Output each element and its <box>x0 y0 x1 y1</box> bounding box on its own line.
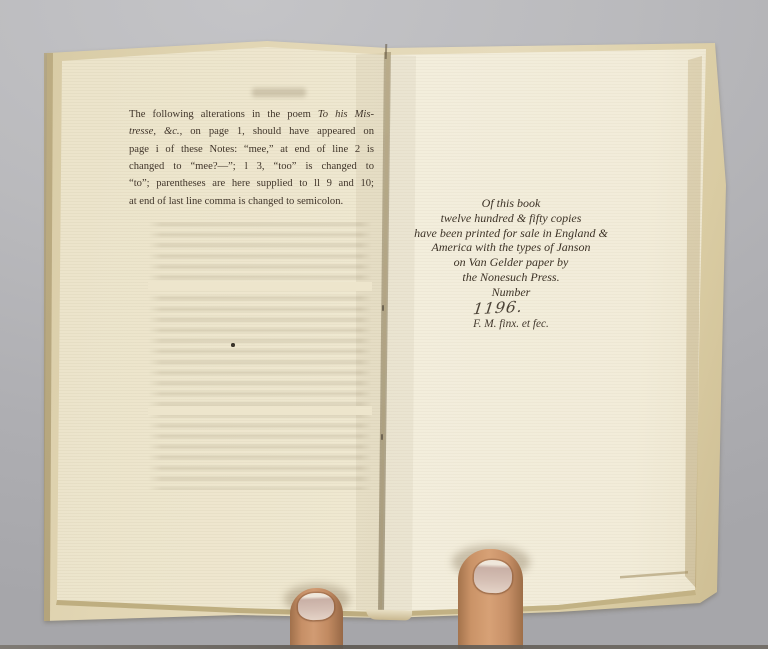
text-line: tresse, &c., on page 1, should have appe… <box>129 123 374 140</box>
show-through-heading <box>252 88 306 97</box>
binding-stitch <box>381 434 383 440</box>
left-fingernail <box>298 592 335 620</box>
text-line: the Nonesuch Press. <box>381 270 641 285</box>
colophon-lines: Of this booktwelve hundred & fifty copie… <box>381 196 641 300</box>
text-line: have been printed for sale in England & <box>381 226 641 241</box>
right-fingernail <box>473 559 512 593</box>
show-through-text <box>148 222 372 490</box>
text-line: “to”; parentheses are here supplied to l… <box>129 175 374 192</box>
ink-speck <box>231 343 235 347</box>
left-finger <box>290 588 343 649</box>
text-line: America with the types of Janson <box>381 240 641 255</box>
text-line: changed to “mee?—”; l 3, “too” is change… <box>129 158 374 175</box>
text-line: twelve hundred & fifty copies <box>381 211 641 226</box>
text-line: at end of last line comma is changed to … <box>129 193 374 210</box>
photo-bottom-strip <box>0 645 768 649</box>
text-line: The following alterations in the poem To… <box>129 106 374 123</box>
text-line: page i of these Notes: “mee,” at end of … <box>129 141 374 158</box>
text-line: Of this book <box>381 196 641 211</box>
text-line: on Van Gelder paper by <box>381 255 641 270</box>
errata-paragraph: The following alterations in the poem To… <box>129 106 374 210</box>
photo-of-open-book: The following alterations in the poem To… <box>0 0 768 649</box>
show-through-paragraph-gap <box>148 406 372 415</box>
show-through-paragraph-gap <box>148 282 372 291</box>
right-finger <box>458 549 523 649</box>
gutter-bottom-fold <box>366 609 412 620</box>
colophon: Of this booktwelve hundred & fifty copie… <box>381 196 641 331</box>
